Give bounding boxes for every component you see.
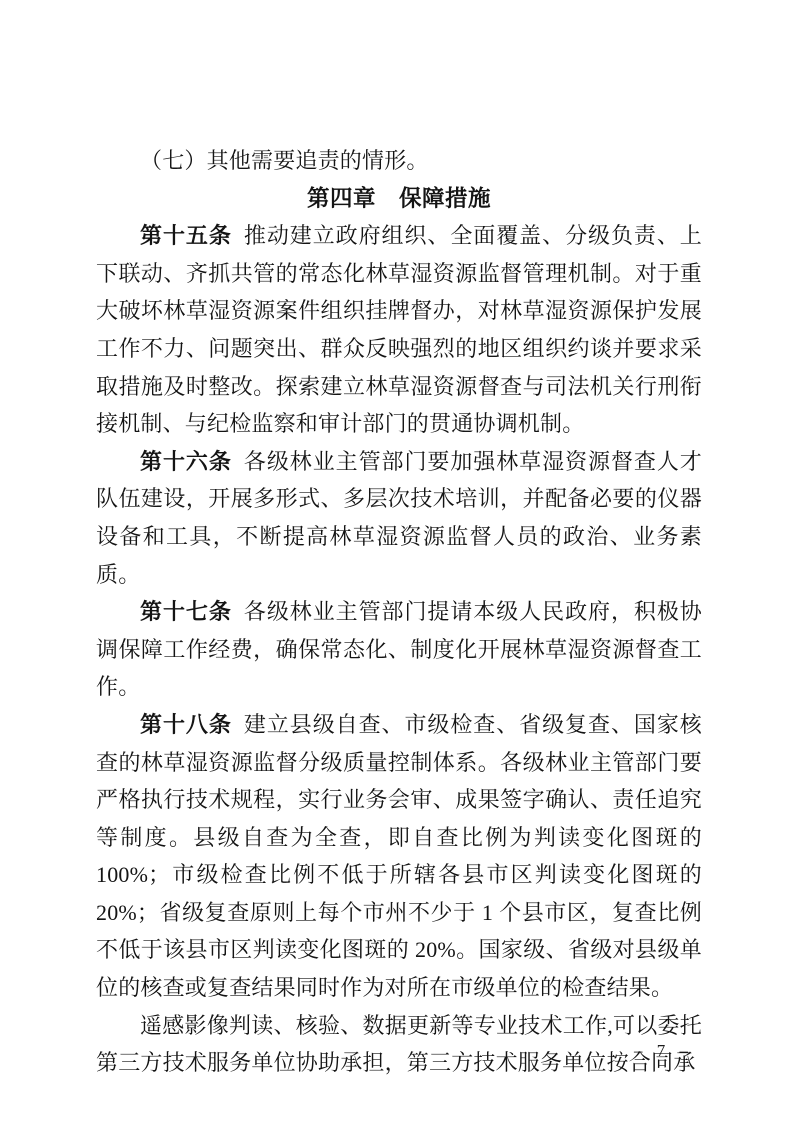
article-paragraph-18: 第十八条建立县级自查、市级检查、省级复查、国家核查的林草湿资源监督分级质量控制体… (96, 706, 702, 1007)
article-number-18: 第十八条 (140, 712, 232, 737)
article-number-17: 第十七条 (140, 599, 232, 624)
document-body: （七）其他需要追责的情形。 第四章 保障措施 第十五条推动建立政府组织、全面覆盖… (96, 142, 702, 1082)
article-number-15: 第十五条 (140, 223, 232, 248)
article-text-18: 建立县级自查、市级检查、省级复查、国家核查的林草湿资源监督分级质量控制体系。各级… (96, 712, 702, 1000)
list-item-clause-seven: （七）其他需要追责的情形。 (96, 142, 702, 180)
closing-paragraph: 遥感影像判读、核验、数据更新等专业技术工作,可以委托第三方技术服务单位协助承担，… (96, 1007, 702, 1082)
article-paragraph-15: 第十五条推动建立政府组织、全面覆盖、分级负责、上下联动、齐抓共管的常态化林草湿资… (96, 217, 702, 443)
chapter-heading: 第四章 保障措施 (96, 180, 702, 218)
article-number-16: 第十六条 (140, 449, 232, 474)
document-page: （七）其他需要追责的情形。 第四章 保障措施 第十五条推动建立政府组织、全面覆盖… (0, 0, 793, 1122)
article-text-15: 推动建立政府组织、全面覆盖、分级负责、上下联动、齐抓共管的常态化林草湿资源监督管… (96, 223, 702, 436)
article-paragraph-16: 第十六条各级林业主管部门要加强林草湿资源督查人才队伍建设，开展多形式、多层次技术… (96, 443, 702, 593)
article-paragraph-17: 第十七条各级林业主管部门提请本级人民政府，积极协调保障工作经费，确保常态化、制度… (96, 593, 702, 706)
page-number: – 7 – (634, 1040, 693, 1062)
